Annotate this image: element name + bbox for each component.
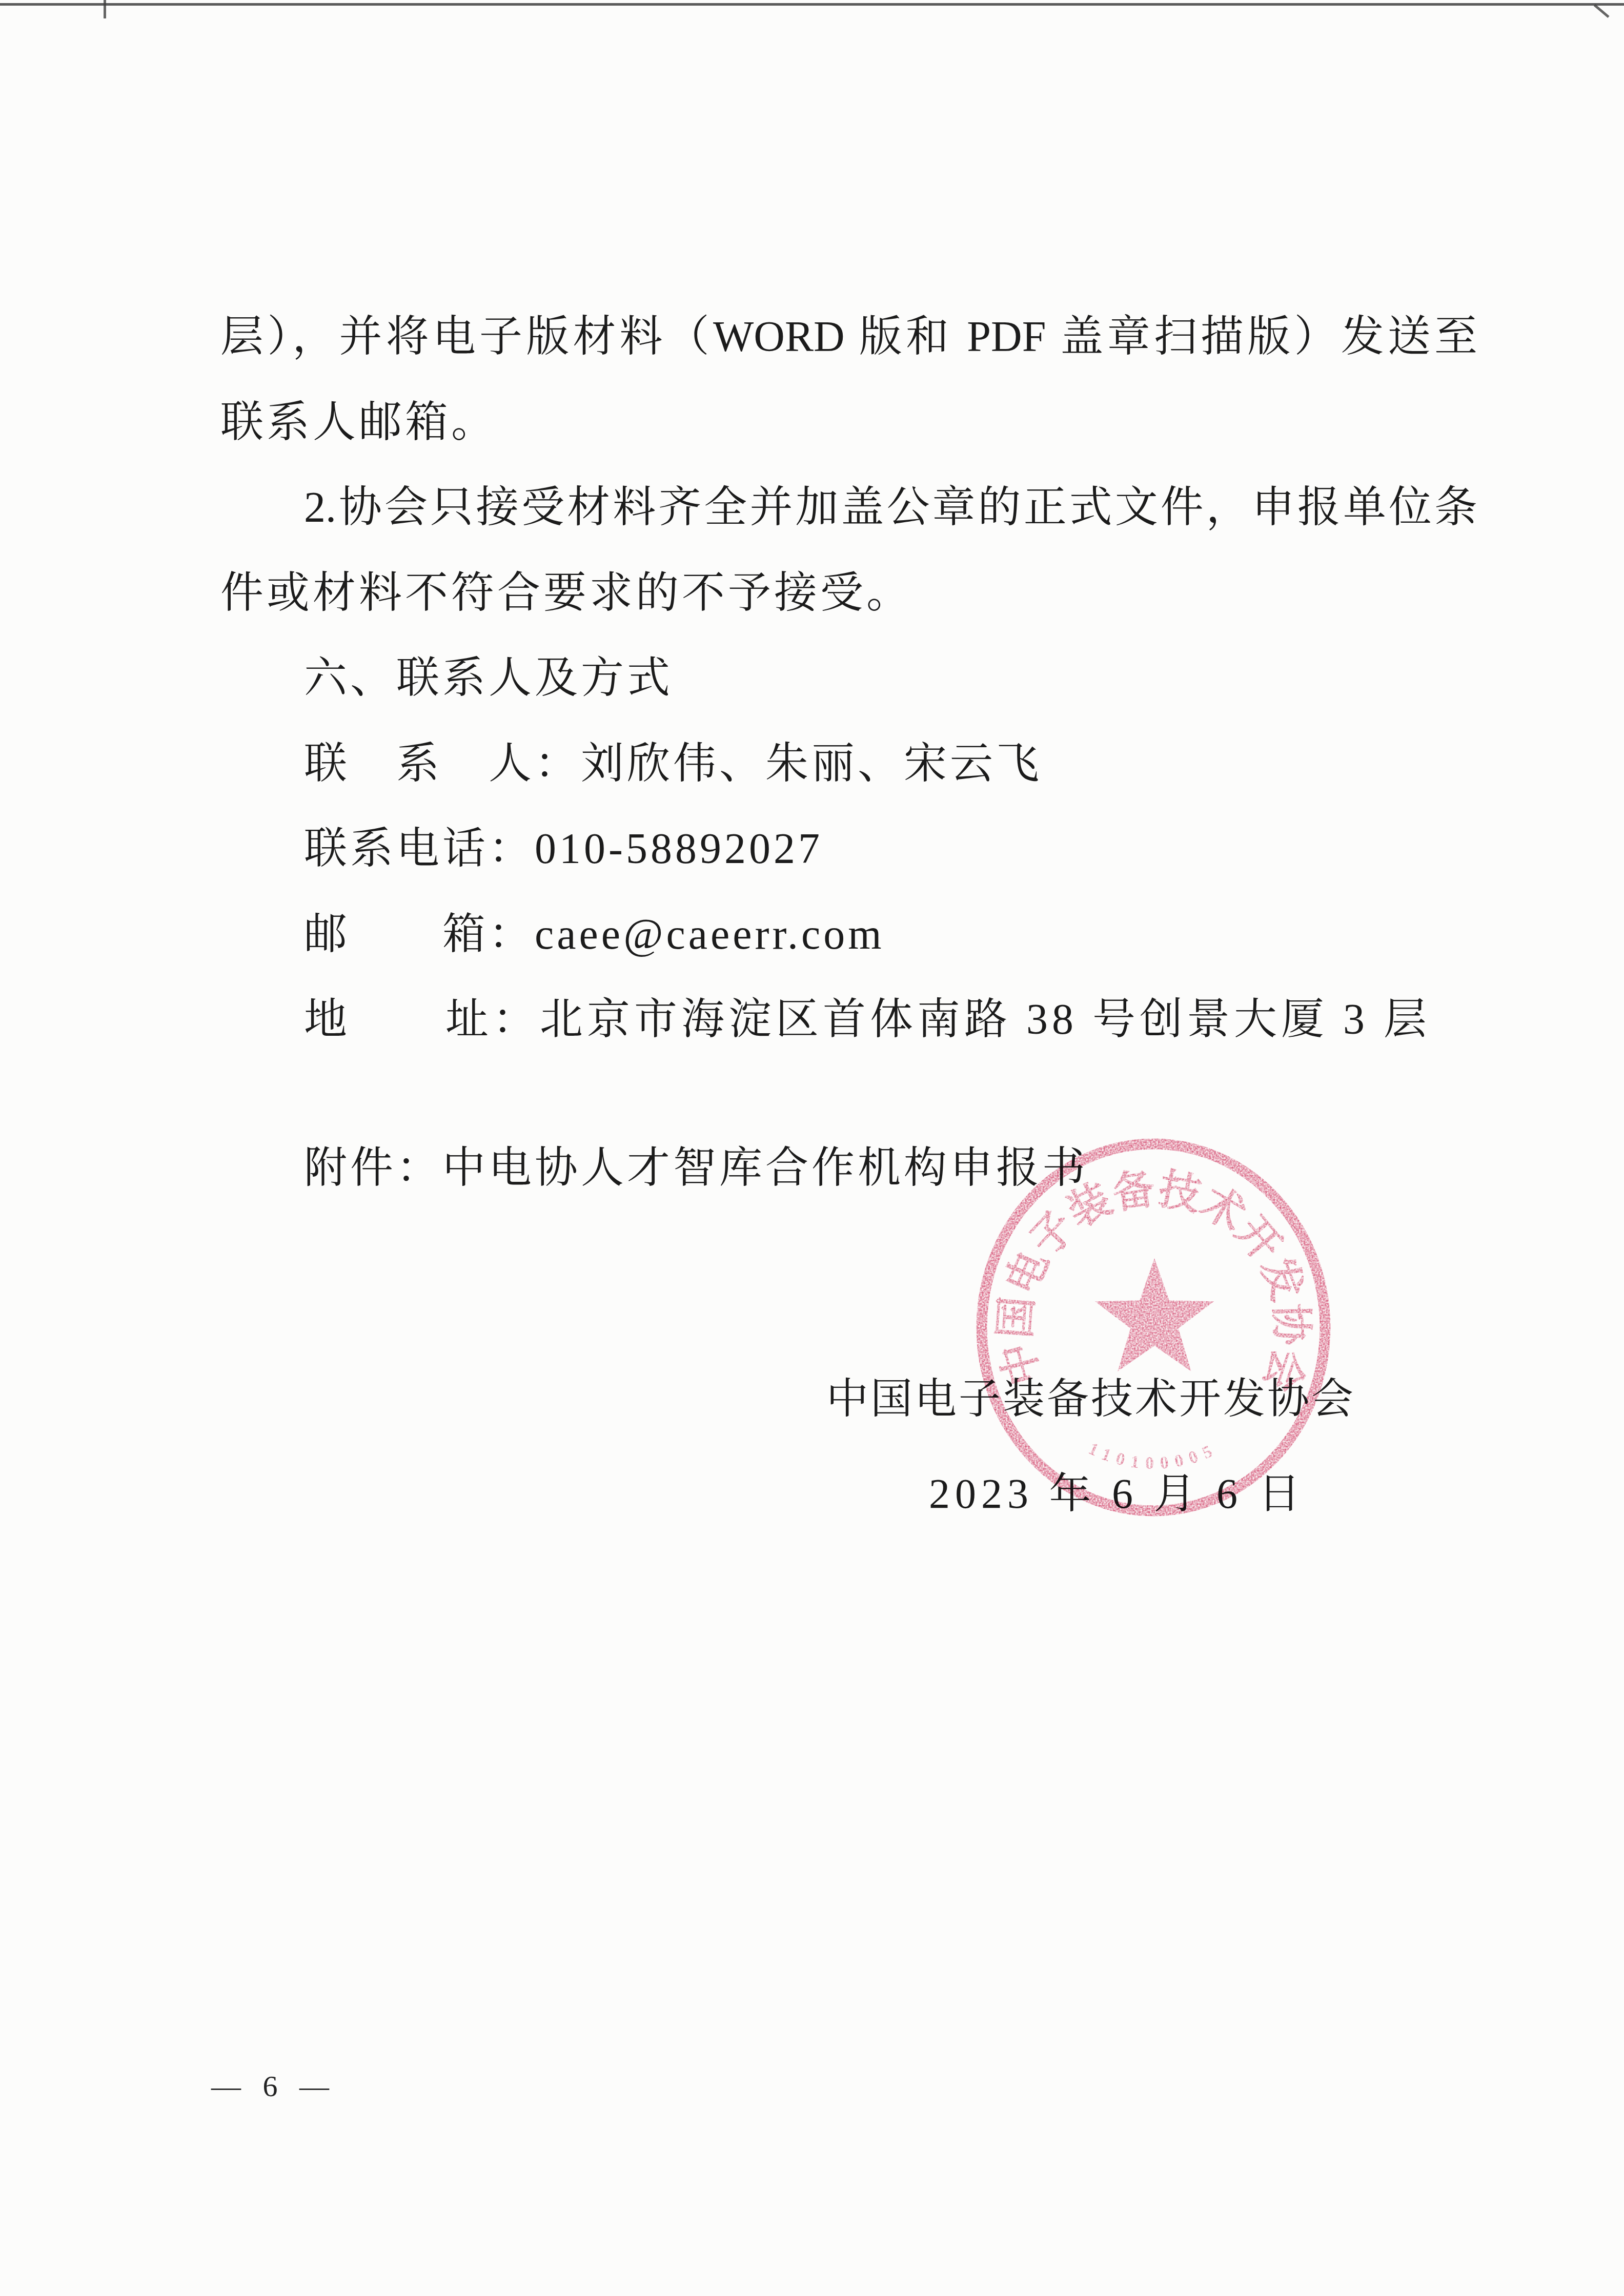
seal-code-container: 110100005 (1086, 1439, 1222, 1473)
page-number: — 6 — (211, 2072, 336, 2101)
contact-persons-line: 联 系 人：刘欣伟、朱丽、宋云飞 (304, 743, 1042, 786)
seal-code-digits: 110100005 (1086, 1439, 1222, 1473)
body-text-line: 件或材料不符合要求的不予接受。 (220, 572, 912, 615)
scan-artifact-line (0, 3, 1624, 6)
body-text-line: 2.协会只接受材料齐全并加盖公章的正式文件，申报单位条 (304, 486, 1477, 529)
body-text-line: 层），并将电子版材料（WORD 版和 PDF 盖章扫描版）发送至 (220, 316, 1477, 359)
contact-email-line: 邮 箱：caee@caeerr.com (304, 913, 885, 956)
contact-phone-line: 联系电话：010-58892027 (304, 828, 823, 871)
official-seal: 中国电子装备技术开发协会 110100005 (974, 1135, 1333, 1520)
body-text-line: 联系人邮箱。 (220, 401, 497, 444)
star-icon (1095, 1258, 1214, 1371)
contact-address-line: 地 址：北京市海淀区首体南路 38 号创景大厦 3 层 (304, 998, 1431, 1041)
section-heading-contacts: 六、联系人及方式 (304, 657, 673, 700)
scan-artifact-hook (1594, 4, 1610, 18)
scan-artifact-tick (104, 0, 106, 18)
attachment-line: 附件：中电协人才智库合作机构申报书 (304, 1147, 1088, 1190)
document-page: 层），并将电子版材料（WORD 版和 PDF 盖章扫描版）发送至 联系人邮箱。 … (0, 0, 1624, 2296)
